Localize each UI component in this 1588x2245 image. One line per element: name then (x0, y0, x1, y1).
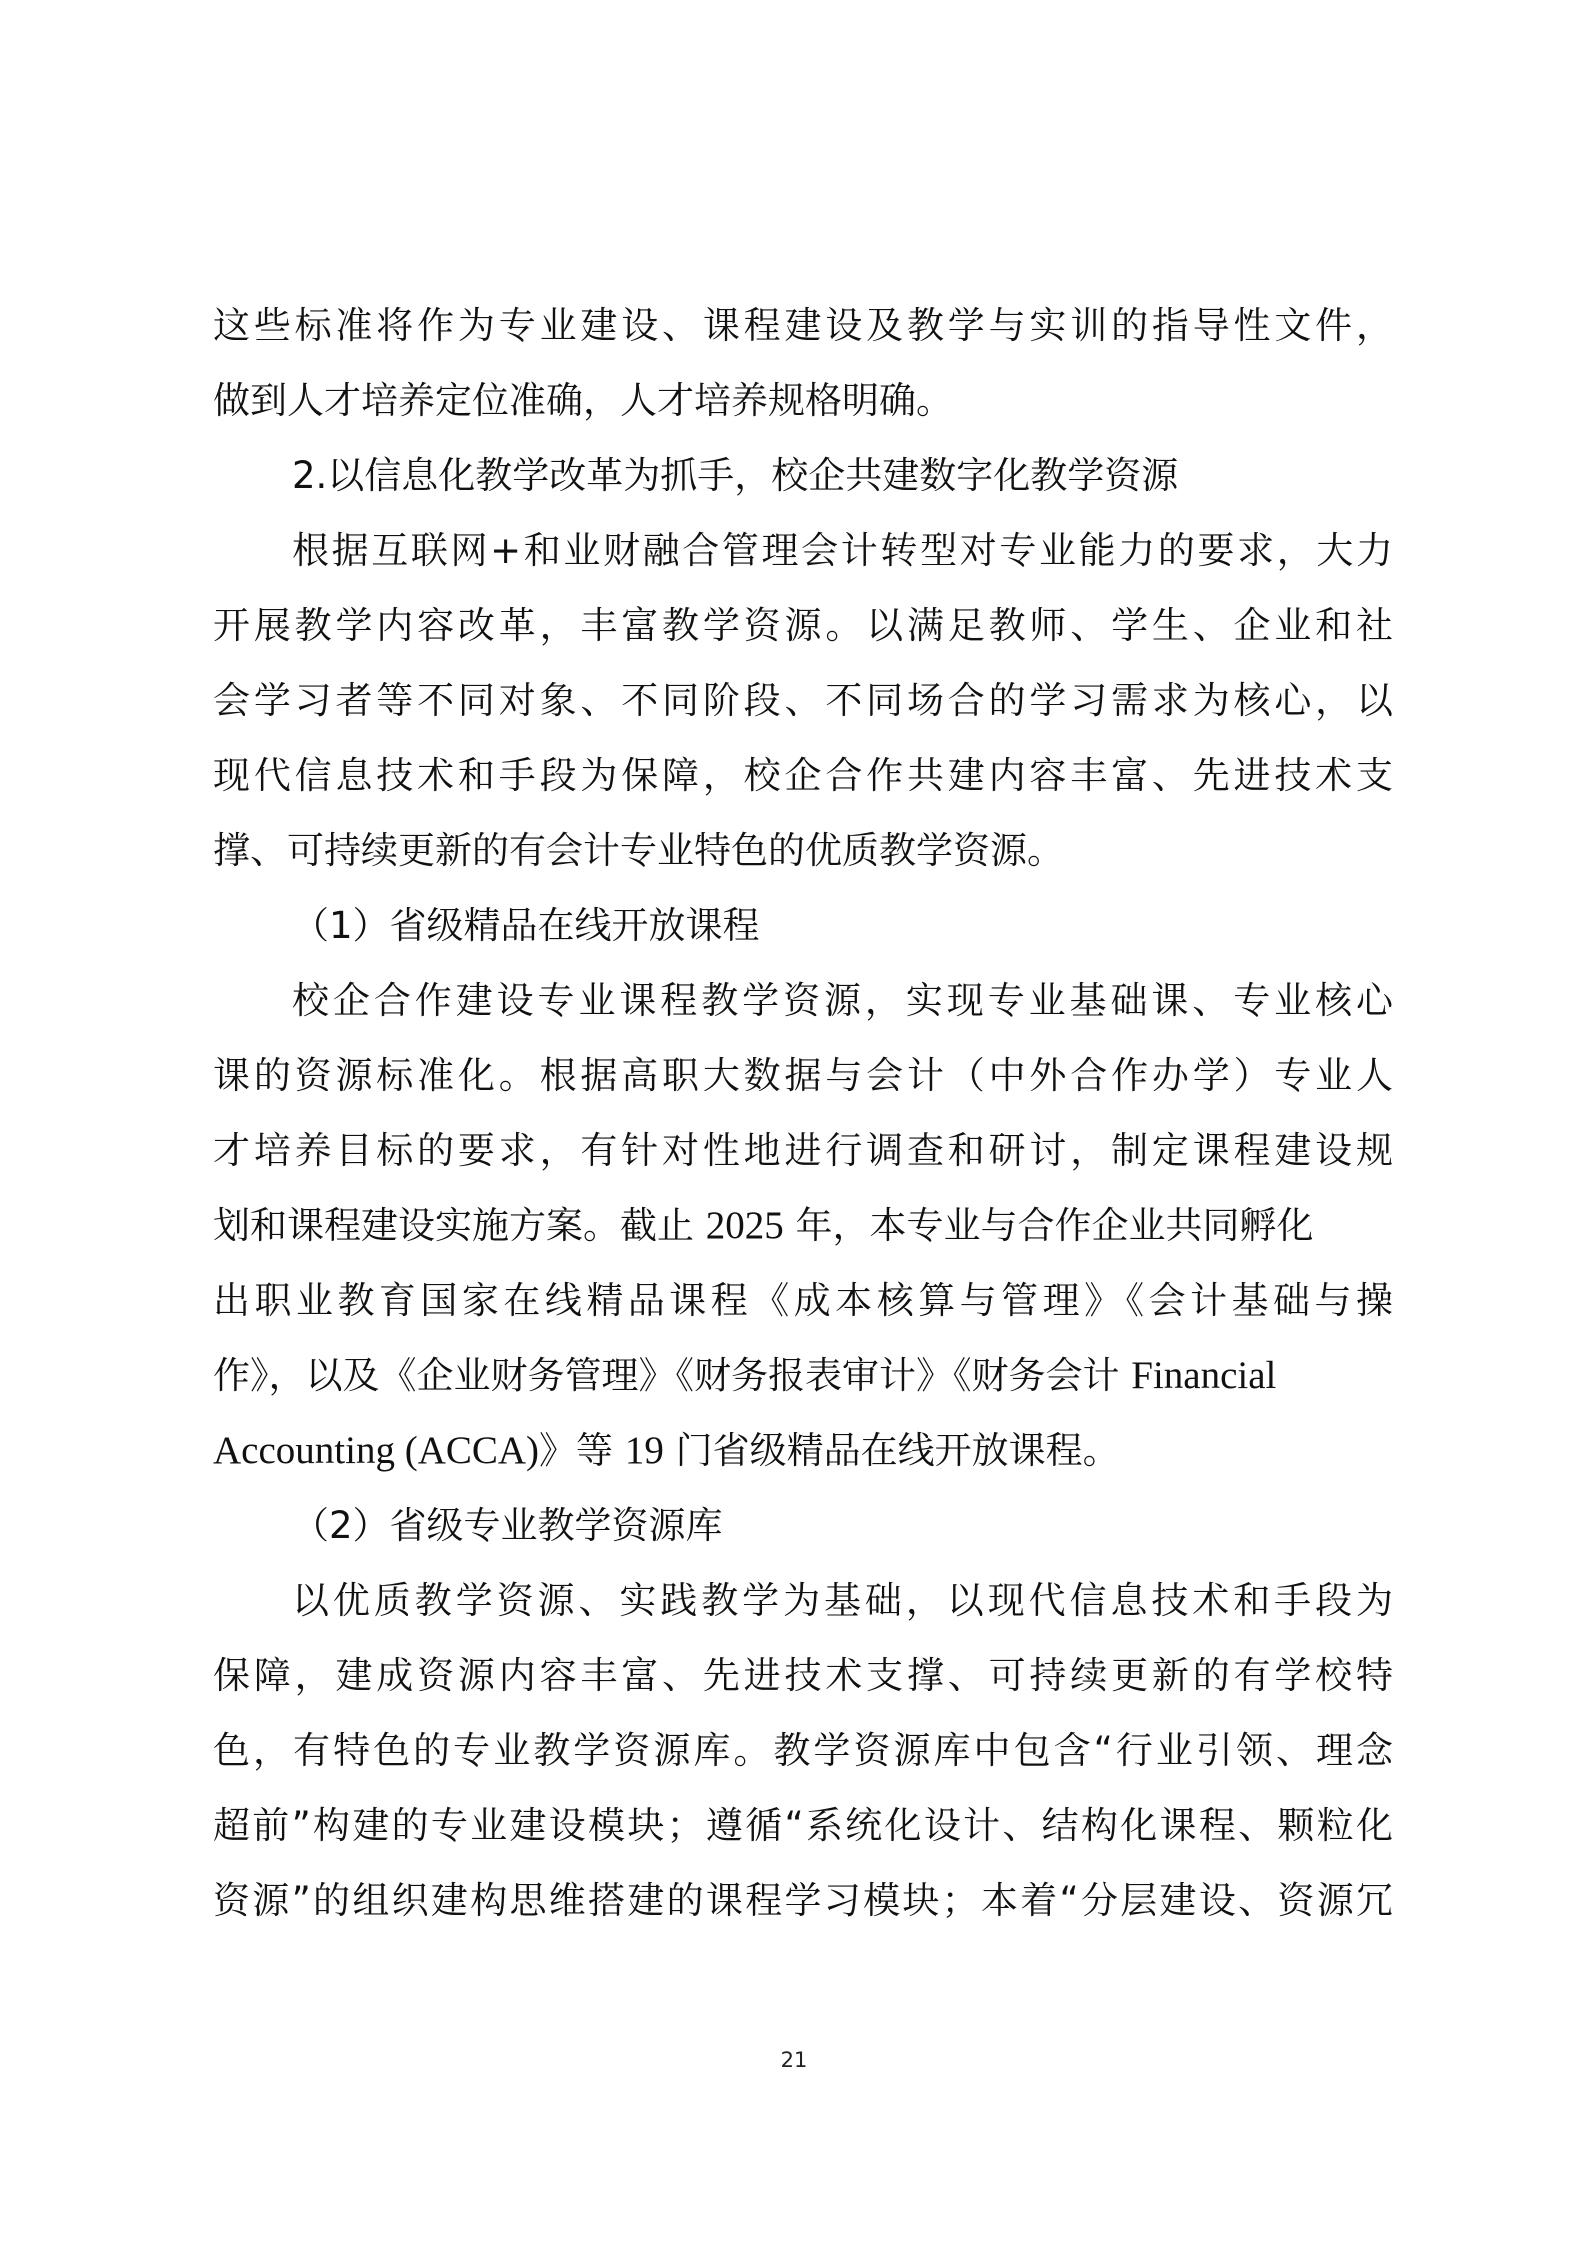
text-segment: 门省级精品在线开放课程。 (664, 1429, 1120, 1472)
body-text-line: 现代信息技术和手段为保障，校企合作共建内容丰富、先进技术支 (213, 738, 1393, 813)
body-text-line: 撑、可持续更新的有会计专业特色的优质教学资源。 (213, 813, 1393, 888)
text-segment: 年，本专业与合作企业共同孵化 (784, 1204, 1314, 1247)
paragraph-first-line: 校企合作建设专业课程教学资源，实现专业基础课、专业核心 (292, 963, 1393, 1038)
body-text-line: 出职业教育国家在线精品课程《成本核算与管理》《会计基础与操 (213, 1263, 1393, 1338)
body-text-line: 划和课程建设实施方案。截止 2025 年，本专业与合作企业共同孵化 (213, 1188, 1393, 1263)
latin-text: Accounting (ACCA) (213, 1429, 539, 1472)
body-text-line: 做到人才培养定位准确，人才培养规格明确。 (213, 363, 1393, 438)
latin-text: Financial (1131, 1354, 1276, 1397)
subsection-heading: （2）省级专业教学资源库 (292, 1488, 1472, 1563)
body-text-line: 色，有特色的专业教学资源库。教学资源库中包含“行业引领、理念 (213, 1713, 1393, 1788)
text-segment: 》等 (539, 1429, 625, 1472)
text-segment: 作》，以及《企业财务管理》《财务报表审计》《财务会计 (213, 1354, 1131, 1397)
page-number: 21 (0, 2048, 1588, 2072)
body-text-line: 资源”的组织建构思维搭建的课程学习模块；本着“分层建设、资源冗 (213, 1863, 1393, 1938)
body-text-line: 作》，以及《企业财务管理》《财务报表审计》《财务会计 Financial (213, 1338, 1393, 1413)
body-text-line: 超前”构建的专业建设模块；遵循“系统化设计、结构化课程、颗粒化 (213, 1788, 1393, 1863)
subsection-heading: （1）省级精品在线开放课程 (292, 888, 1472, 963)
body-text-line: 会学习者等不同对象、不同阶段、不同场合的学习需求为核心，以 (213, 663, 1393, 738)
text-segment: 划和课程建设实施方案。截止 (213, 1204, 706, 1247)
paragraph-first-line: 根据互联网+和业财融合管理会计转型对专业能力的要求，大力 (292, 513, 1393, 588)
body-text-line: 才培养目标的要求，有针对性地进行调查和研讨，制定课程建设规 (213, 1113, 1393, 1188)
body-text-line: 这些标准将作为专业建设、课程建设及教学与实训的指导性文件， (213, 288, 1393, 363)
count-number: 19 (625, 1429, 664, 1472)
document-page: 这些标准将作为专业建设、课程建设及教学与实训的指导性文件， 做到人才培养定位准确… (0, 0, 1588, 2245)
body-text-line: Accounting (ACCA)》等 19 门省级精品在线开放课程。 (213, 1413, 1393, 1488)
body-text-line: 课的资源标准化。根据高职大数据与会计（中外合作办学）专业人 (213, 1038, 1393, 1113)
year-number: 2025 (706, 1204, 784, 1247)
body-text-line: 开展教学内容改革，丰富教学资源。以满足教师、学生、企业和社 (213, 588, 1393, 663)
paragraph-first-line: 以优质教学资源、实践教学为基础，以现代信息技术和手段为 (292, 1563, 1393, 1638)
section-heading: 2.以信息化教学改革为抓手，校企共建数字化教学资源 (292, 438, 1472, 513)
body-text-line: 保障，建成资源内容丰富、先进技术支撑、可持续更新的有学校特 (213, 1638, 1393, 1713)
